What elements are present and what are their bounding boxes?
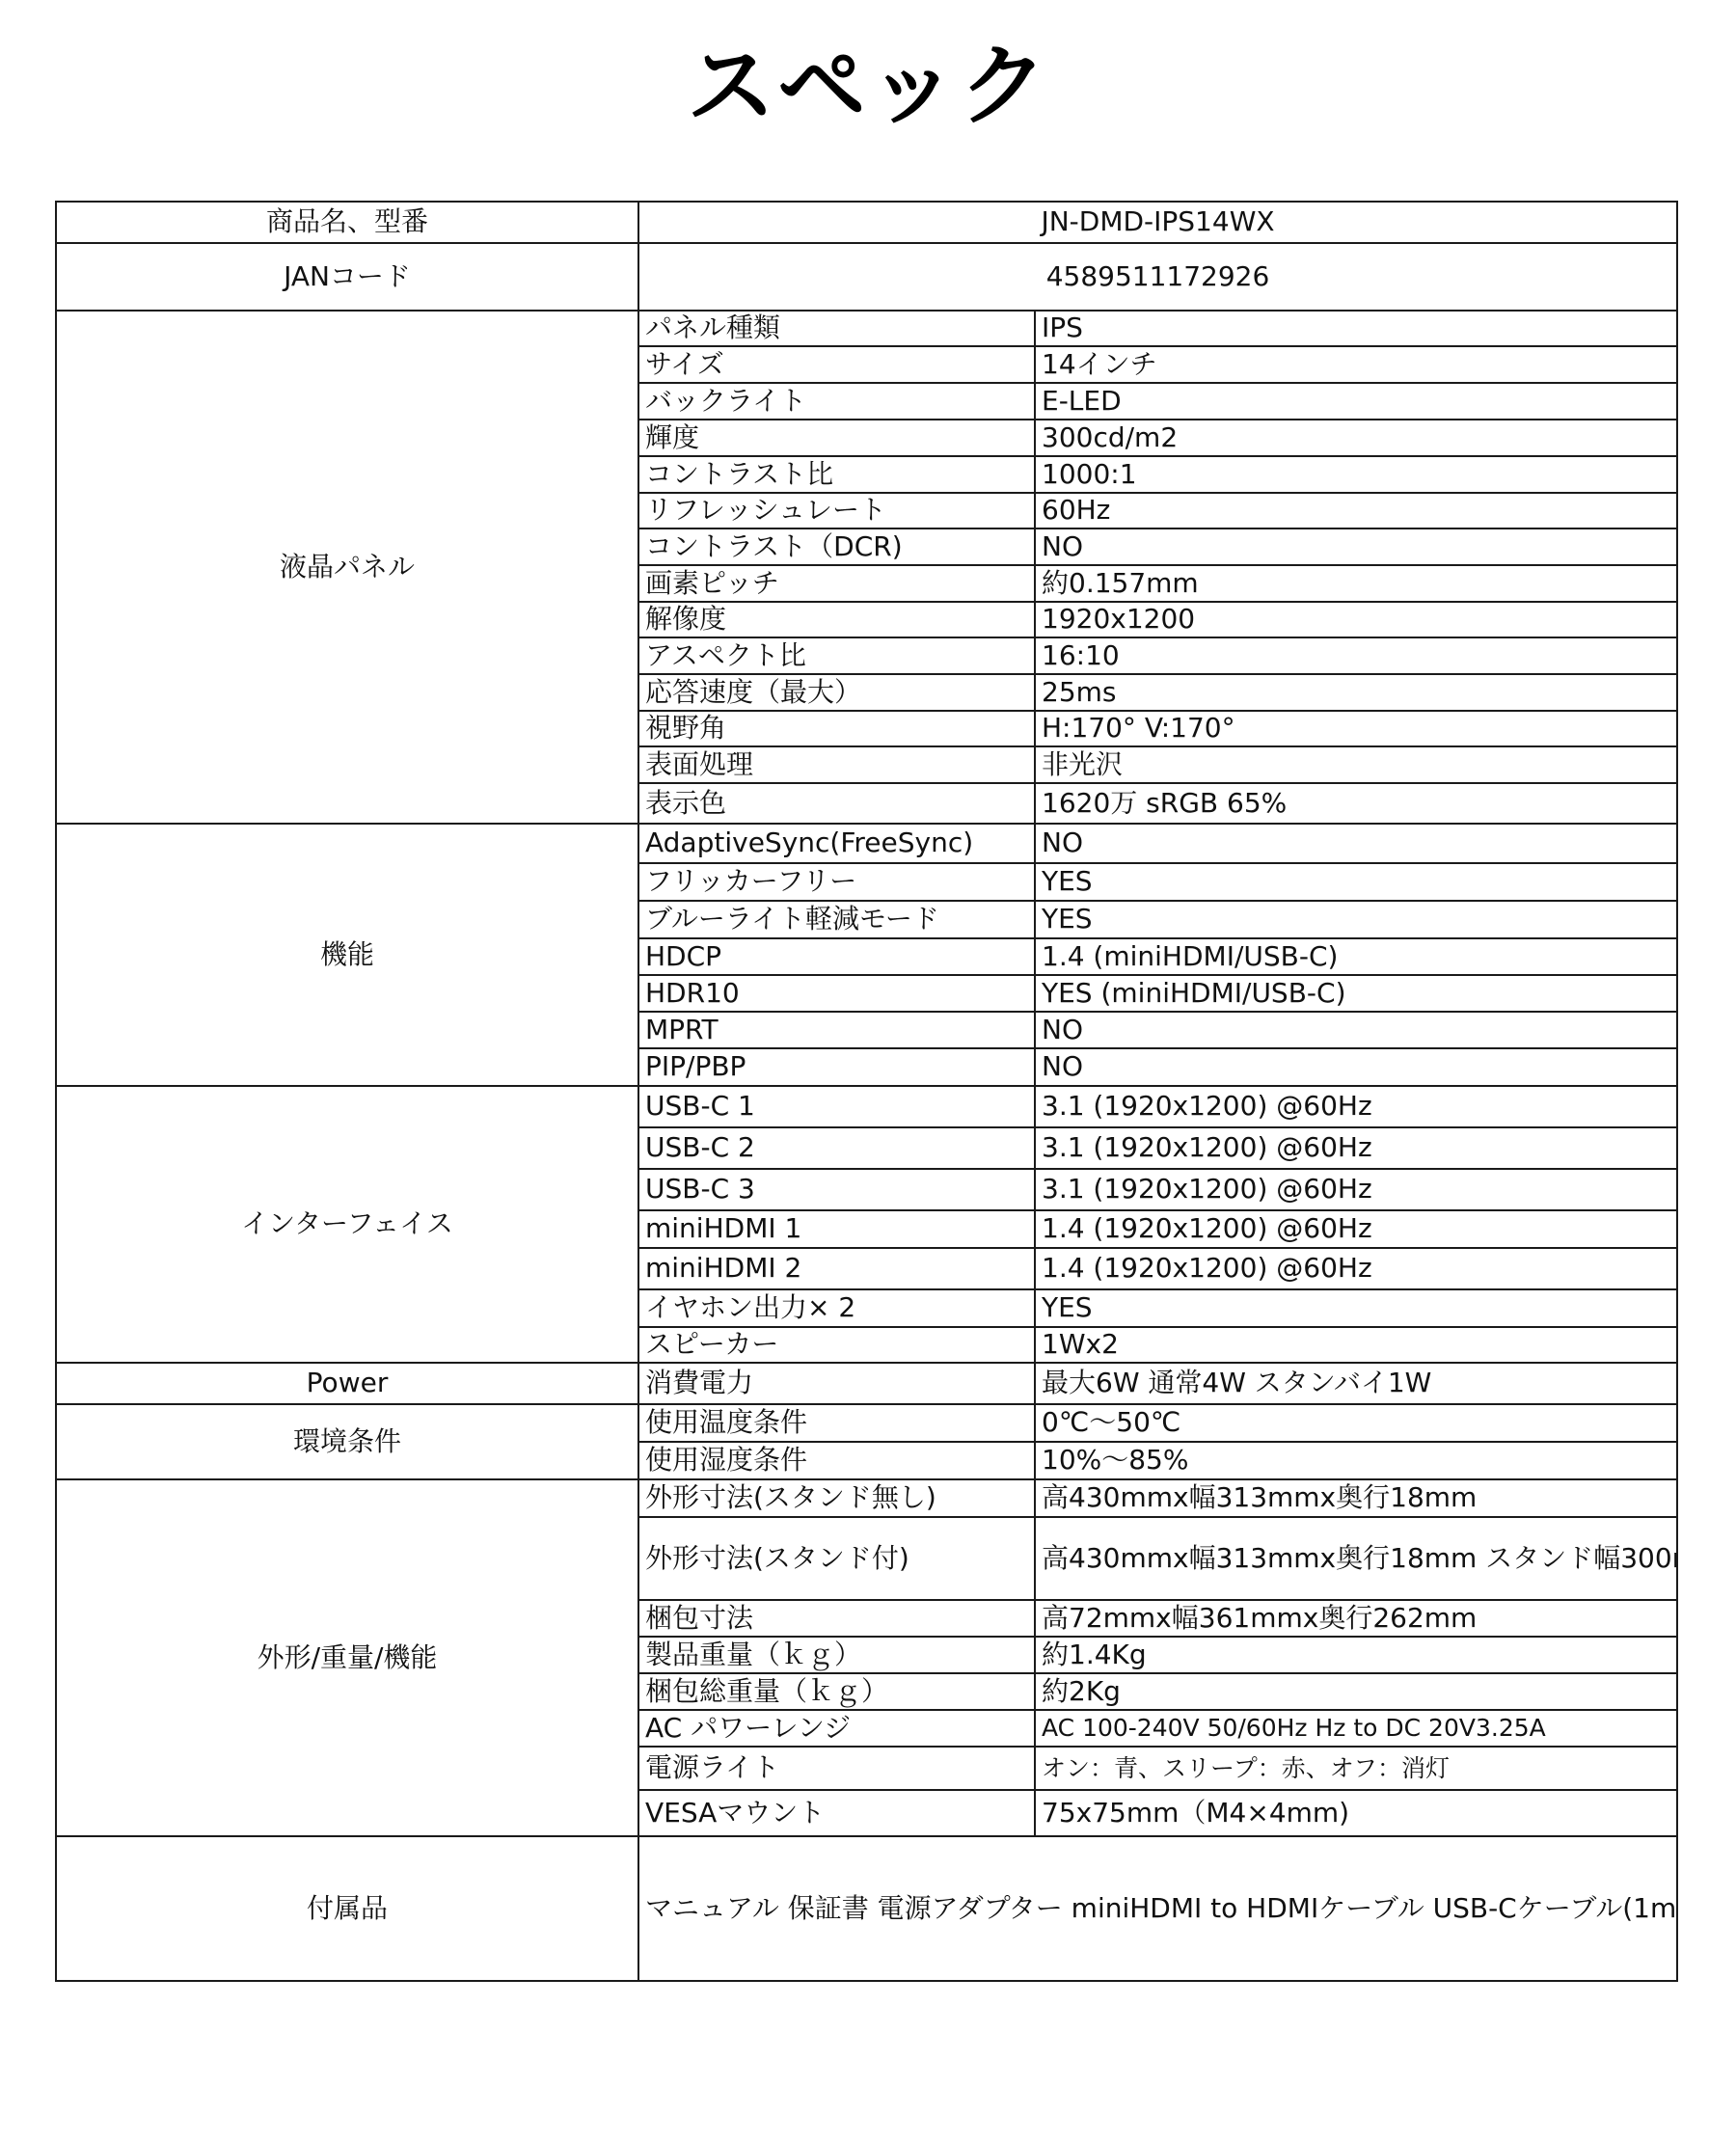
spec-label: イヤホン出力× 2	[638, 1289, 1035, 1327]
row-value: 4589511172926	[638, 243, 1677, 311]
spec-label: 梱包総重量（ｋｇ）	[638, 1673, 1035, 1710]
spec-table-body: 商品名、型番JN-DMD-IPS14WXJANコード4589511172926液…	[56, 202, 1677, 1981]
table-row: 機能AdaptiveSync(FreeSync)NO	[56, 824, 1677, 863]
spec-label: コントラスト（DCR)	[638, 528, 1035, 565]
spec-value: NO	[1035, 528, 1677, 565]
spec-value: AC 100-240V 50/60Hz Hz to DC 20V3.25A	[1035, 1710, 1677, 1747]
spec-value: 0℃～50℃	[1035, 1404, 1677, 1442]
spec-label: フリッカーフリー	[638, 863, 1035, 901]
spec-label: ブルーライト軽減モード	[638, 901, 1035, 938]
spec-label: 表示色	[638, 783, 1035, 824]
spec-value: 1920x1200	[1035, 602, 1677, 637]
spec-label: USB-C 2	[638, 1127, 1035, 1169]
spec-label: 表面処理	[638, 746, 1035, 783]
spec-value: 75x75mm（M4×4mm)	[1035, 1790, 1677, 1836]
spec-value: 高430mmx幅313mmx奥行18mm	[1035, 1479, 1677, 1517]
spec-value: YES	[1035, 901, 1677, 938]
spec-label: 使用湿度条件	[638, 1442, 1035, 1479]
spec-label: 解像度	[638, 602, 1035, 637]
spec-label: VESAマウント	[638, 1790, 1035, 1836]
spec-label: 電源ライト	[638, 1747, 1035, 1790]
spec-value: 約0.157mm	[1035, 565, 1677, 602]
spec-label: 外形寸法(スタンド無し)	[638, 1479, 1035, 1517]
spec-label: 梱包寸法	[638, 1600, 1035, 1637]
spec-label: 消費電力	[638, 1363, 1035, 1404]
spec-label: AdaptiveSync(FreeSync)	[638, 824, 1035, 863]
spec-label: AC パワーレンジ	[638, 1710, 1035, 1747]
spec-value: 25ms	[1035, 674, 1677, 711]
table-row: インターフェイスUSB-C 13.1 (1920x1200) @60Hz	[56, 1086, 1677, 1127]
spec-label: miniHDMI 2	[638, 1248, 1035, 1289]
spec-label: HDCP	[638, 938, 1035, 975]
table-row: 環境条件使用温度条件0℃～50℃	[56, 1404, 1677, 1442]
spec-value: NO	[1035, 1012, 1677, 1048]
spec-label: リフレッシュレート	[638, 493, 1035, 528]
spec-value: 最大6W 通常4W スタンバイ1W	[1035, 1363, 1677, 1404]
spec-label: 輝度	[638, 420, 1035, 456]
spec-value: H:170° V:170°	[1035, 711, 1677, 746]
spec-value: 3.1 (1920x1200) @60Hz	[1035, 1169, 1677, 1210]
spec-value: 約2Kg	[1035, 1673, 1677, 1710]
table-row: 商品名、型番JN-DMD-IPS14WX	[56, 202, 1677, 243]
group-category: 液晶パネル	[56, 311, 638, 824]
spec-label: miniHDMI 1	[638, 1210, 1035, 1248]
spec-value: 高72mmx幅361mmx奥行262mm	[1035, 1600, 1677, 1637]
spec-label: コントラスト比	[638, 456, 1035, 493]
spec-label: PIP/PBP	[638, 1048, 1035, 1086]
spec-label: 画素ピッチ	[638, 565, 1035, 602]
row-label: 商品名、型番	[56, 202, 638, 243]
spec-value: 60Hz	[1035, 493, 1677, 528]
group-category: 機能	[56, 824, 638, 1086]
spec-value: NO	[1035, 1048, 1677, 1086]
spec-label: MPRT	[638, 1012, 1035, 1048]
spec-value: 1.4 (miniHDMI/USB-C)	[1035, 938, 1677, 975]
group-category: Power	[56, 1363, 638, 1404]
row-value: JN-DMD-IPS14WX	[638, 202, 1677, 243]
spec-label: USB-C 3	[638, 1169, 1035, 1210]
spec-value: YES	[1035, 1289, 1677, 1327]
spec-value: 高430mmx幅313mmx奥行18mm スタンド幅300mm	[1035, 1517, 1677, 1600]
spec-label: 使用温度条件	[638, 1404, 1035, 1442]
spec-label: スピーカー	[638, 1327, 1035, 1363]
spec-value: 1.4 (1920x1200) @60Hz	[1035, 1210, 1677, 1248]
spec-value: 1Wx2	[1035, 1327, 1677, 1363]
spec-value: 1620万 sRGB 65%	[1035, 783, 1677, 824]
page-title: スペック	[0, 19, 1736, 154]
spec-value: 300cd/m2	[1035, 420, 1677, 456]
table-row: 液晶パネルパネル種類IPS	[56, 311, 1677, 346]
spec-value: NO	[1035, 824, 1677, 863]
accessories-value: マニュアル 保証書 電源アダプター miniHDMI to HDMIケーブル U…	[638, 1836, 1677, 1981]
row-label: JANコード	[56, 243, 638, 311]
spec-value: 14インチ	[1035, 346, 1677, 383]
spec-value: 16:10	[1035, 637, 1677, 674]
spec-label: 外形寸法(スタンド付)	[638, 1517, 1035, 1600]
spec-label: パネル種類	[638, 311, 1035, 346]
spec-label: 製品重量（ｋｇ）	[638, 1637, 1035, 1673]
spec-table: 商品名、型番JN-DMD-IPS14WXJANコード4589511172926液…	[55, 201, 1678, 1982]
spec-label: HDR10	[638, 975, 1035, 1012]
table-row: 外形/重量/機能外形寸法(スタンド無し)高430mmx幅313mmx奥行18mm	[56, 1479, 1677, 1517]
spec-label: 視野角	[638, 711, 1035, 746]
spec-label: アスペクト比	[638, 637, 1035, 674]
spec-value: 3.1 (1920x1200) @60Hz	[1035, 1127, 1677, 1169]
group-category: 環境条件	[56, 1404, 638, 1479]
spec-value: IPS	[1035, 311, 1677, 346]
spec-label: 応答速度（最大）	[638, 674, 1035, 711]
spec-value: オン：青、スリープ：赤、オフ：消灯	[1035, 1747, 1677, 1790]
spec-value: 非光沢	[1035, 746, 1677, 783]
spec-label: USB-C 1	[638, 1086, 1035, 1127]
spec-value: 3.1 (1920x1200) @60Hz	[1035, 1086, 1677, 1127]
spec-value: YES	[1035, 863, 1677, 901]
spec-value: 約1.4Kg	[1035, 1637, 1677, 1673]
spec-value: 1.4 (1920x1200) @60Hz	[1035, 1248, 1677, 1289]
accessories-label: 付属品	[56, 1836, 638, 1981]
spec-value: 10%～85%	[1035, 1442, 1677, 1479]
table-row: JANコード4589511172926	[56, 243, 1677, 311]
spec-label: バックライト	[638, 383, 1035, 420]
group-category: インターフェイス	[56, 1086, 638, 1363]
group-category: 外形/重量/機能	[56, 1479, 638, 1836]
spec-value: 1000:1	[1035, 456, 1677, 493]
spec-value: E-LED	[1035, 383, 1677, 420]
table-row: Power消費電力最大6W 通常4W スタンバイ1W	[56, 1363, 1677, 1404]
table-row: 付属品マニュアル 保証書 電源アダプター miniHDMI to HDMIケーブ…	[56, 1836, 1677, 1981]
spec-value: YES (miniHDMI/USB-C)	[1035, 975, 1677, 1012]
spec-label: サイズ	[638, 346, 1035, 383]
